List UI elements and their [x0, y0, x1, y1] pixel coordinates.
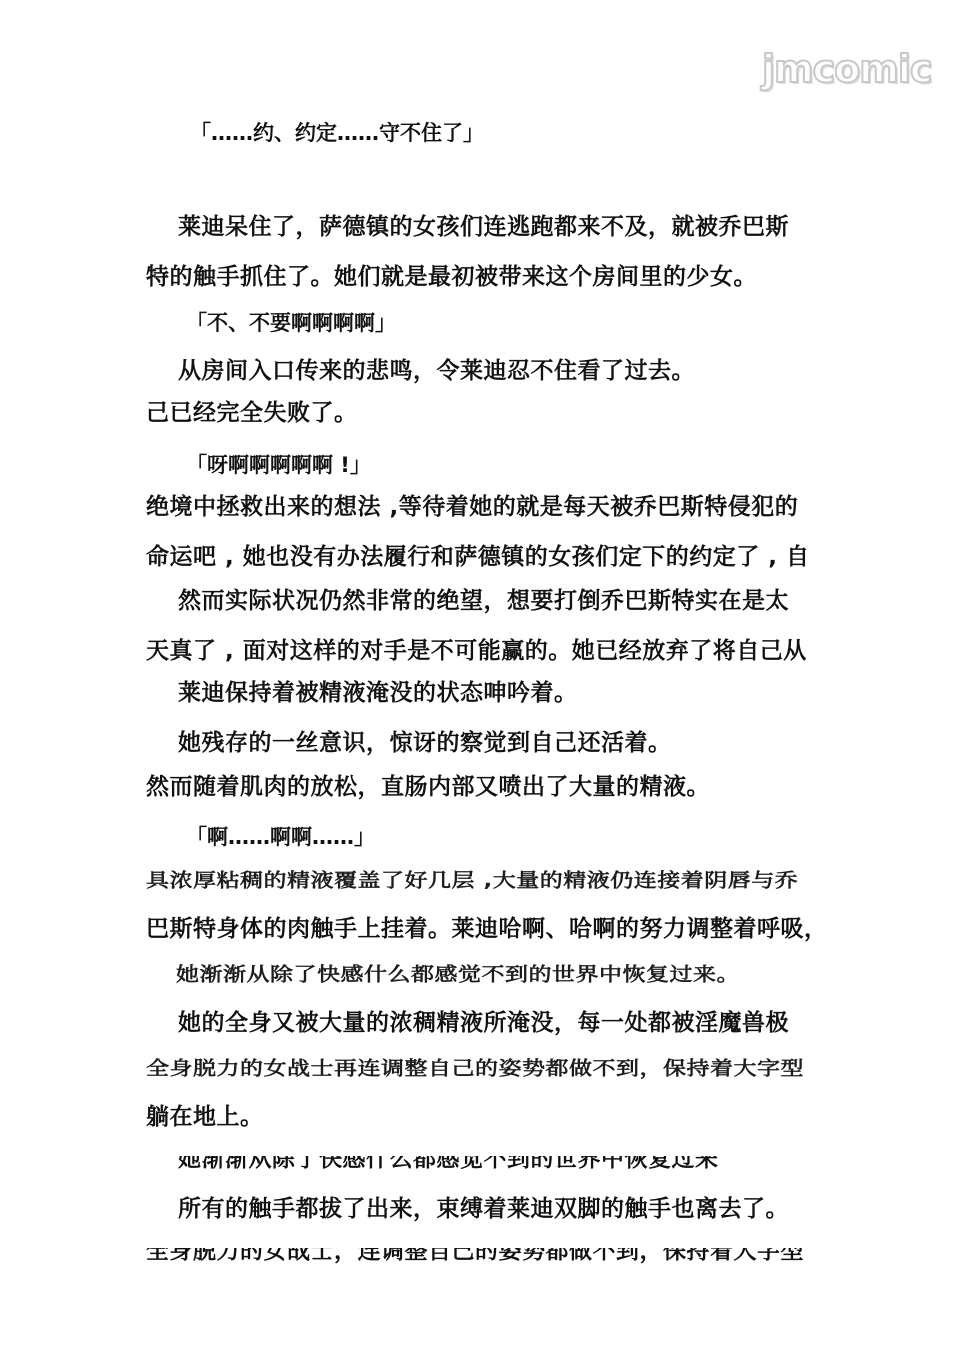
text-line-24-clipped: 全身脱力的女战士，连调整自己的姿势都做不到，保持着大字型 [146, 1248, 804, 1266]
text-line-22-clipped: 她渐渐从除了快感什么都感觉不到的世界中恢复过来 [178, 1156, 719, 1174]
dialog-line-15: 「啊……啊啊……」 [186, 822, 375, 852]
text-line-16-distorted: 具浓厚粘稠的精液覆盖了好几层 ,大量的精液仍连接着阴唇与乔 [146, 869, 798, 894]
dialog-line-4: 「不、不要啊啊啊啊」 [186, 308, 396, 338]
text-line-17: 巴斯特身体的肉触手上挂着。莱迪哈啊、哈啊的努力调整着呼吸， [146, 914, 828, 944]
text-line-23: 所有的触手都拔了出来，束缚着莱迪双脚的触手也离去了。 [178, 1194, 789, 1224]
text-line-21: 躺在地上。 [146, 1102, 264, 1132]
text-line-14: 然而随着肌肉的放松，直肠内部又喷出了大量的精液。 [146, 772, 710, 802]
text-line-3: 特的触手抓住了。她们就是最初被带来这个房间里的少女。 [146, 262, 757, 292]
text-line-13: 她残存的一丝意识，惊讶的察觉到自己还活着。 [178, 728, 672, 758]
text-line-19: 她的全身又被大量的浓稠精液所淹没，每一处都被淫魔兽极 [178, 1008, 789, 1038]
text-line-10: 然而实际状况仍然非常的绝望，想要打倒乔巴斯特实在是太 [178, 586, 789, 616]
dialog-line-1: 「……约、约定……守不住了」 [190, 118, 484, 148]
text-line-2: 莱迪呆住了，萨德镇的女孩们连逃跑都来不及，就被乔巴斯 [178, 212, 789, 242]
text-line-18-distorted: 她渐渐从除了快感什么都感觉不到的世界中恢复过来。 [176, 963, 740, 988]
text-line-11: 天真了 , 面对这样的对手是不可能赢的。她已经放弃了将自己从 [146, 636, 807, 666]
jmcomic-watermark-logo: jmcomic [762, 50, 931, 88]
text-line-20-distorted: 全身脱力的女战士再连调整自己的姿势都做不到，保持着大字型 [146, 1057, 804, 1082]
document-page: jmcomic 「……约、约定……守不住了」 莱迪呆住了，萨德镇的女孩们连逃跑都… [0, 0, 960, 1358]
text-line-5: 从房间入口传来的悲鸣，令莱迪忍不住看了过去。 [178, 356, 695, 386]
text-line-6: 己已经完全失败了。 [146, 398, 358, 428]
text-line-9: 命运吧 , 她也没有办法履行和萨德镇的女孩们定下的约定了 , 自 [146, 542, 810, 572]
text-line-12: 莱迪保持着被精液淹没的状态呻吟着。 [178, 678, 578, 708]
dialog-line-7: 「呀啊啊啊啊啊 !」 [186, 450, 371, 480]
text-line-8: 绝境中拯救出来的想法 ,等待着她的就是每天被乔巴斯特侵犯的 [146, 492, 798, 522]
